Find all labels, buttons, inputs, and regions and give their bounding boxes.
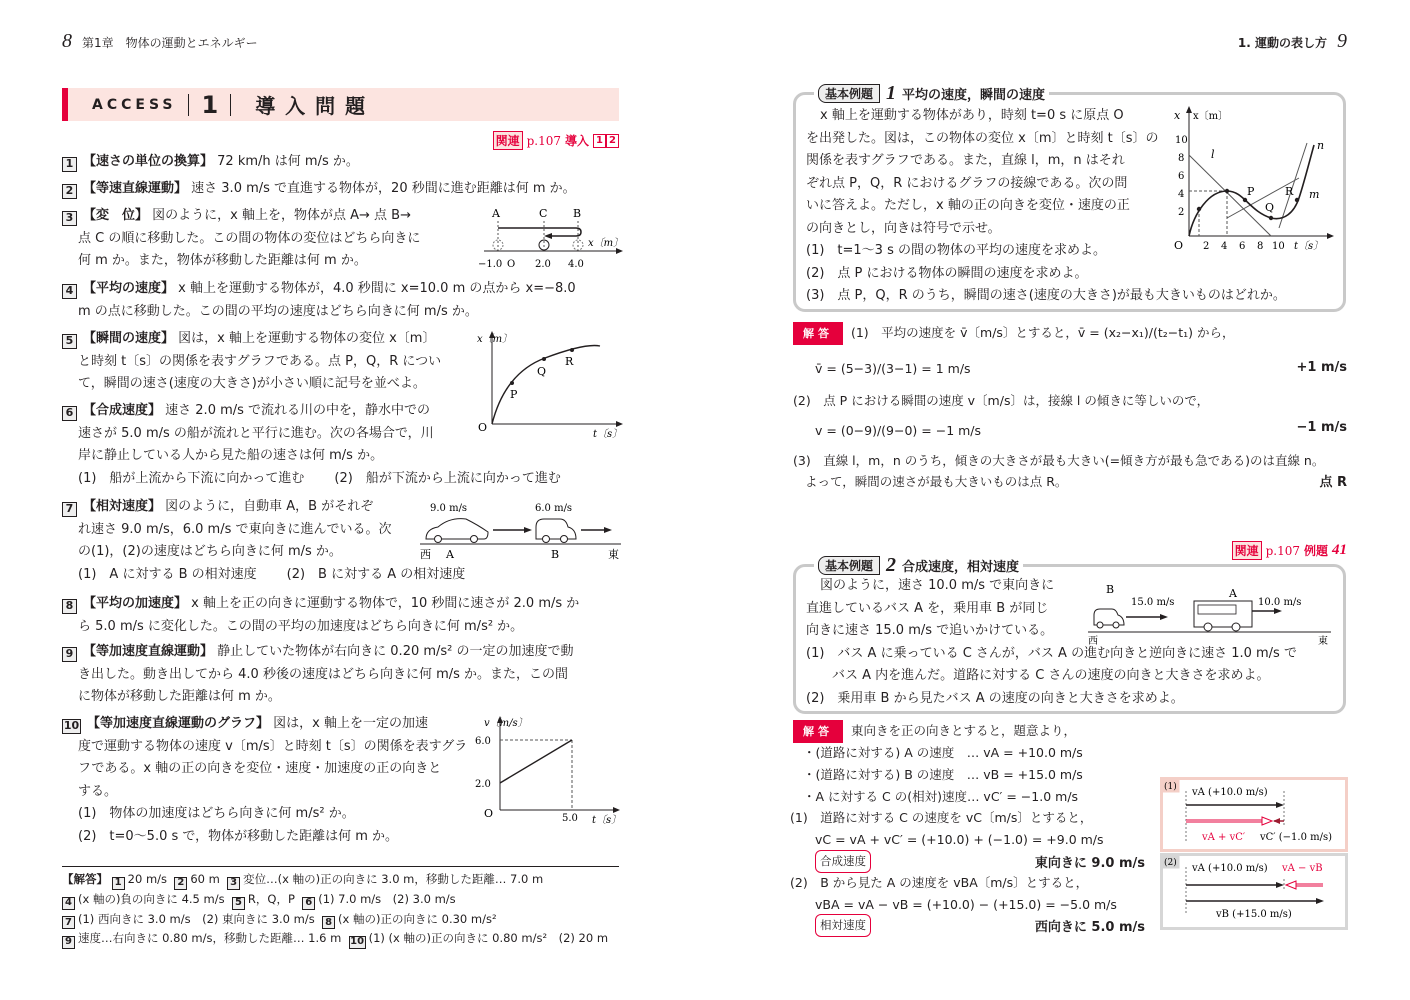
svg-text:東: 東 [1318,634,1328,646]
problem-text: て，瞬間の速さ(速度の大きさ)が小さい順に記号を並べよ。 [62,373,472,396]
answer-text: 60 m [190,872,220,886]
svg-text:vA (+10.0 m/s): vA (+10.0 m/s) [1191,863,1268,874]
problem-text: き出した。動き出してから 4.0 秒後の速度はどちら向きに何 m/s か。また，… [62,664,574,687]
body-text: の向きとし，向きは符号で示せ。 [806,218,1176,241]
page-number: 9 [1337,30,1347,53]
svg-text:4: 4 [1178,189,1184,200]
answer-key: 【解答】 120 m/s 260 m 3変位…(x 軸の)正の向きに 3.0 m… [62,866,619,949]
svg-text:t〔s〕: t〔s〕 [1294,240,1323,252]
svg-text:西: 西 [420,548,431,561]
section-title: 1. 運動の表し方 [1238,34,1327,51]
svg-text:x〔m〕: x〔m〕 [1193,110,1228,122]
answer-text: (1) 7.0 m/s (2) 3.0 m/s [318,892,455,906]
svg-text:O: O [478,421,487,434]
fig5-xt-graph: x〔m〕 P Q R O t〔s〕 [475,328,625,443]
related-tag: 関連 [493,131,523,150]
answer-text: 20 m/s [128,872,167,886]
sub-question: (2) 乗用車 B から見たバス A の速度の向きと大きさを求めよ。 [806,688,1346,711]
problem-9: 9【等加速度直線運動】 静止していた物体が右向きに 0.20 m/s² の一定の… [62,641,574,709]
svg-text:n: n [1317,139,1324,152]
problem-text: 速さ 2.0 m/s で流れる川の中を，静水中での [165,403,430,418]
sub-question: (2) 船が下流から上流に向かって進む [334,471,560,486]
answer-number: 9 [62,936,75,949]
problem-4: 4【平均の速度】 x 軸上を運動する物体が，4.0 秒間に x=10.0 m の… [62,278,576,323]
solution-text: (1) 平均の速度を v̄〔m/s〕とすると，v̄ = (x₂−x₁)/(t₂−… [851,325,1235,340]
svg-text:vC′ (−1.0 m/s): vC′ (−1.0 m/s) [1259,832,1332,843]
problem-1: 1【速さの単位の換算】 72 km/h は何 m/s か。 [62,151,359,174]
answer-text: R，Q，P [248,892,295,906]
svg-text:t〔s〕: t〔s〕 [592,814,621,826]
svg-text:B: B [573,207,581,220]
svg-text:O: O [507,259,515,270]
svg-text:2: 2 [1203,241,1209,252]
sub-question: (1) 物体の加速度はどちら向きに何 m/s² か。 [62,803,472,826]
vector-diagram-1: (1) vA (+10.0 m/s) vA + vC′ vC′ (−1.0 m/… [1160,777,1348,852]
sub-question: バス A 内を進んだ。道路に対する C さんの速度の向きと大きさを求めよ。 [806,665,1346,688]
solution-1: 解答 (1) 平均の速度を v̄〔m/s〕とすると，v̄ = (x₂−x₁)/(… [793,322,1235,345]
problem-text: 72 km/h は何 m/s か。 [217,154,359,169]
bullet: ・(道路に対する) A の速度 … vA = +10.0 m/s [803,742,1083,763]
body-text: ぞれ点 P，Q，R におけるグラフの接線である。次の問 [806,173,1176,196]
svg-text:vA − vB: vA − vB [1281,863,1323,874]
sub-question: (2) 点 P における物体の瞬間の速度を求めよ。 [806,263,1176,286]
solution-equation: vC = vA + vC′ = (+10.0) + (−1.0) = +9.0 … [815,829,1104,850]
svg-text:(2): (2) [1164,857,1177,868]
problem-2: 2【等速直線運動】 速さ 3.0 m/s で直進する物体が，20 秒間に進む距離… [62,178,576,201]
svg-text:O: O [1174,239,1183,252]
svg-text:6.0: 6.0 [475,736,491,747]
solution-text: (2) 点 P における瞬間の速度 v〔m/s〕は，接線 l の傾きに等しいので… [793,390,1209,411]
problem-text: 図は，x 軸上を運動する物体の変位 x〔m〕 [178,331,435,346]
divider [230,94,231,116]
solution-equation: vBA = vA − vB = (+10.0) − (+15.0) = −5.0… [815,894,1117,915]
sub-question: (1) 船が上流から下流に向かって進む [78,471,304,486]
svg-text:2: 2 [1178,207,1184,218]
svg-text:8: 8 [1178,153,1184,164]
answer-text: (x 軸の)正の向きに 0.30 m/s² [338,912,497,926]
problem-title: 【瞬間の速度】 [83,331,174,346]
svg-text:6: 6 [1178,171,1184,182]
solution-text: よって，瞬間の速さが最も大きいものは点 R。 [805,471,1067,492]
svg-text:Q: Q [537,365,546,378]
solution-text: (2) B から見た A の速度を vBA〔m/s〕とすると， [790,872,1088,893]
example-title: 平均の速度，瞬間の速度 [902,84,1045,103]
problem-number: 3 [62,211,77,226]
svg-text:t〔s〕: t〔s〕 [593,428,622,440]
problem-text: ら 5.0 m/s に変化した。この間の平均の加速度はどちら向きに何 m/s² … [62,616,579,639]
related-tag: 関連 [1232,541,1262,560]
solution-2: 解答 東向きを正の向きとすると，題意より， [793,720,1076,743]
answer-composite: 東向きに 9.0 m/s [1035,852,1145,871]
problem-title: 【合成速度】 [83,403,161,418]
svg-text:R: R [1285,185,1294,198]
svg-text:vA (+10.0 m/s): vA (+10.0 m/s) [1191,787,1268,798]
answer-number: 5 [232,897,245,910]
example-number: 2 [886,554,896,577]
example-badge: 基本例題 [818,84,880,103]
svg-text:x〔m〕: x〔m〕 [588,237,623,249]
svg-text:P: P [1247,185,1255,198]
related-page: p.107 [527,134,561,148]
svg-text:2.0: 2.0 [475,779,491,790]
problem-text: と時刻 t〔s〕の関係を表すグラフである。点 P，Q，R につい [62,351,472,374]
fig10-vt-graph: v〔m/s〕 6.0 2.0 O 5.0 t〔s〕 [472,713,627,828]
problem-title: 【等加速度直線運動】 [83,644,213,659]
svg-text:−1.0: −1.0 [478,259,502,270]
solution-text: 東向きを正の向きとすると，題意より， [851,723,1076,738]
svg-text:A: A [445,548,455,561]
problem-number: 5 [62,334,77,349]
svg-text:x: x [1174,109,1181,122]
solution-text: (1) 道路に対する C の速度を vC〔m/s〕とすると， [790,807,1092,828]
answer-number: 1 [112,877,125,890]
bullet: ・(道路に対する) B の速度 … vB = +15.0 m/s [803,764,1083,785]
problem-text: 図のように，x 軸上を，物体が点 A→ 点 B→ [152,208,411,223]
problem-text: 速さ 3.0 m/s で直進する物体が，20 秒間に進む距離は何 m か。 [191,181,576,196]
svg-text:西: 西 [1088,635,1098,646]
example-2-vehicles-diagram: B 15.0 m/s A 10.0 m/s 西 東 [1086,581,1336,646]
solution-label: 解答 [793,322,843,345]
left-page: 8 第1章 物体の運動とエネルギー ACCESS 1 導入問題 関連 p.107… [0,0,705,1000]
svg-text:6.0 m/s: 6.0 m/s [535,503,572,514]
problem-title: 【等加速度直線運動のグラフ】 [87,716,269,731]
example-1-header: 基本例題 1 平均の速度，瞬間の速度 [814,82,1049,105]
answer-number: 6 [302,897,315,910]
svg-text:R: R [565,355,574,368]
svg-text:m: m [1309,188,1319,201]
svg-text:B: B [1106,583,1114,596]
problem-number: 1 [62,157,77,172]
problem-title: 【変 位】 [83,208,148,223]
solution-label: 解答 [793,720,843,743]
example-badge: 基本例題 [818,556,880,575]
problem-text: x 軸上を運動する物体が，4.0 秒間に x=10.0 m の点から x=−8.… [178,281,576,296]
banner-label: ACCESS [92,97,176,113]
divider [188,94,189,116]
answer-number: 4 [62,897,75,910]
answer-text: (x 軸の)負の向きに 4.5 m/s [78,892,225,906]
vector-diagram-2: (2) vA (+10.0 m/s) vA − vB vB (+15.0 m/s… [1160,853,1348,930]
example-number: 1 [886,82,896,105]
sub-question: (2) t=0〜5.0 s で，物体が移動した距離は何 m か。 [62,826,472,849]
problem-title: 【相対速度】 [83,499,161,514]
svg-text:(1): (1) [1164,781,1177,792]
problem-text: に物体が移動した距離は何 m か。 [62,686,574,709]
fig3-displacement-diagram: A C B x〔m〕 −1.0 O 2.0 4.0 [478,205,628,273]
problem-text: れ速さ 9.0 m/s，6.0 m/s で東向きに進んでいる。次 [62,519,422,542]
problem-text: 速さが 5.0 m/s の船が流れと平行に進む。次の各場合で，川 [62,423,472,446]
svg-text:v〔m/s〕: v〔m/s〕 [484,717,528,729]
bullet: ・A に対する C の(相対)速度… vC′ = −1.0 m/s [803,786,1078,807]
svg-text:6: 6 [1239,241,1245,252]
svg-text:15.0 m/s: 15.0 m/s [1131,597,1174,608]
problem-number: 2 [62,184,77,199]
svg-text:4: 4 [1221,241,1227,252]
related-page: p.107 [1266,544,1300,558]
solution-equation: v = (0−9)/(9−0) = −1 m/s [815,420,981,441]
answer-number: 7 [62,916,75,929]
problem-text: 点 C の順に移動した。この間の物体の変位はどちら向きに [62,228,472,251]
problem-number: 4 [62,284,77,299]
problem-title: 【平均の速度】 [83,281,174,296]
problem-number: 6 [62,406,77,421]
answer-number: 2 [174,877,187,890]
problem-6: 6【合成速度】 速さ 2.0 m/s で流れる川の中を，静水中での 速さが 5.… [62,400,472,490]
example-title: 合成速度，相対速度 [902,556,1019,575]
svg-text:A: A [1228,587,1238,600]
problem-5: 5【瞬間の速度】 図は，x 軸上を運動する物体の変位 x〔m〕 と時刻 t〔s〕… [62,328,472,396]
svg-text:C: C [539,207,547,220]
example-2-box: 基本例題 2 合成速度，相対速度 図のように，速さ 10.0 m/s で東向きに… [793,564,1346,714]
problem-10: 10【等加速度直線運動のグラフ】 図は，x 軸上を一定の加速 度で運動する物体の… [62,713,472,848]
problem-text: フである。x 軸の正の向きを変位・速度・加速度の正の向きと [62,758,472,781]
problem-text: 図のように，自動車 A，B がそれぞ [165,499,373,514]
body-text: x 軸上を運動する物体があり，時刻 t=0 s に原点 O [806,105,1176,128]
answer-text: (1) 西向きに 3.0 m/s (2) 東向きに 3.0 m/s [78,912,315,926]
answer-3: 点 R [1319,471,1347,490]
sub-question: (1) A に対する B の相対速度 [78,567,257,582]
problem-text: 図は，x 軸上を一定の加速 [273,716,428,731]
related-num: 41 [1332,542,1347,559]
problem-number: 7 [62,502,77,517]
answer-text: 変位…(x 軸の)正の向きに 3.0 m，移動した距離… 7.0 m [243,872,543,886]
svg-text:4.0: 4.0 [568,259,584,270]
svg-text:B: B [551,548,559,561]
answer-number: 8 [322,916,335,929]
section-banner: ACCESS 1 導入問題 [62,88,619,121]
svg-text:vB (+15.0 m/s): vB (+15.0 m/s) [1215,909,1292,920]
banner-number: 1 [201,91,218,119]
answer-number: 10 [349,936,366,949]
problem-8: 8【平均の加速度】 x 軸上を正の向きに運動する物体で，10 秒間に速さが 2.… [62,593,579,638]
answer-text: (1) (x 軸の)正の向きに 0.80 m/s² (2) 20 m [369,931,608,945]
answer-label: 【解答】 [62,872,108,886]
answer-relative: 西向きに 5.0 m/s [1035,916,1145,935]
page-header-right: 1. 運動の表し方 9 [1238,30,1347,53]
problem-title: 【等速直線運動】 [83,181,187,196]
sub-question: (1) t=1〜3 s の間の物体の平均の速度を求めよ。 [806,240,1176,263]
page-header: 8 第1章 物体の運動とエネルギー [62,30,258,53]
svg-text:l: l [1211,148,1215,161]
chapter-title: 第1章 物体の運動とエネルギー [82,34,258,51]
answer-1: +1 m/s [1297,360,1348,375]
problem-text: する。 [62,781,472,804]
answer-2: −1 m/s [1297,420,1348,435]
problem-number: 10 [62,719,81,734]
problem-text: の(1)，(2)の速度はどちら向きに何 m/s か。 [62,541,422,564]
svg-text:x〔m〕: x〔m〕 [477,333,512,345]
svg-text:2.0: 2.0 [535,259,551,270]
problem-text: x 軸上を正の向きに運動する物体で，10 秒間に速さが 2.0 m/s か [191,596,579,611]
svg-text:10: 10 [1272,241,1285,252]
svg-text:10: 10 [1175,135,1188,146]
problem-text: 何 m か。また，物体が移動した距離は何 m か。 [62,250,472,273]
svg-text:10.0 m/s: 10.0 m/s [1258,597,1301,608]
svg-text:5.0: 5.0 [562,813,578,824]
example-2-header: 基本例題 2 合成速度，相対速度 [814,554,1023,577]
fig7-cars-diagram: 9.0 m/s 6.0 m/s 西 A B 東 [418,497,623,562]
sub-question: (2) B に対する A の相対速度 [287,567,466,582]
svg-text:P: P [510,388,518,401]
svg-text:vA + vC′: vA + vC′ [1201,832,1246,843]
svg-text:9.0 m/s: 9.0 m/s [430,503,467,514]
related-ref[interactable]: 関連 p.107 導入 12 [493,131,619,150]
ref-box: 2 [606,134,619,148]
solution-text: (3) 直線 l，m，n のうち，傾きの大きさが最も大きい(=傾き方が最も急であ… [793,450,1324,471]
answer-number: 3 [227,877,240,890]
svg-text:O: O [484,807,493,820]
tag-relative-velocity: 相対速度 [815,914,871,937]
sub-question: (3) 点 P，Q，R のうち，瞬間の速さ(速度の大きさ)が最も大きいものはどれ… [806,285,1176,308]
problem-title: 【速さの単位の換算】 [83,154,213,169]
tag-composite-velocity: 合成速度 [815,850,871,873]
related-text: 導入 [565,132,589,149]
example-1-body: x 軸上を運動する物体があり，時刻 t=0 s に原点 O を出発した。図は，こ… [806,105,1176,308]
svg-text:Q: Q [1265,201,1274,214]
answer-text: 速度…右向きに 0.80 m/s，移動した距離… 1.6 m [78,931,341,945]
problem-3: 3【変 位】 図のように，x 軸上を，物体が点 A→ 点 B→ 点 C の順に移… [62,205,472,273]
related-ref-2[interactable]: 関連 p.107 例題 41 [1232,541,1347,560]
problem-text: 度で運動する物体の速度 v〔m/s〕と時刻 t〔s〕の関係を表すグラ [62,736,472,759]
svg-text:東: 東 [608,548,619,561]
svg-text:8: 8 [1257,241,1263,252]
body-text: を出発した。図は，この物体の変位 x〔m〕と時刻 t〔s〕の [806,128,1176,151]
body-text: いに答えよ。ただし，x 軸の正の向きを変位・速度の正 [806,195,1176,218]
problem-number: 9 [62,647,77,662]
problem-title: 【平均の加速度】 [83,596,187,611]
problem-text: 岸に静止している人から見た船の速さは何 m/s か。 [62,445,472,468]
problem-text: 静止していた物体が右向きに 0.20 m/s² の一定の加速度で動 [217,644,573,659]
solution-equation: v̄ = (5−3)/(3−1) = 1 m/s [815,358,971,379]
page-number: 8 [62,30,72,53]
problem-number: 8 [62,599,77,614]
example-1-xt-graph: x x〔m〕 10 8 6 4 2 O 2 4 6 8 10 t〔s〕 l m … [1169,103,1339,255]
example-1-box: 基本例題 1 平均の速度，瞬間の速度 x 軸上を運動する物体があり，時刻 t=0… [793,92,1346,312]
banner-title: 導入問題 [255,90,375,119]
svg-text:A: A [491,207,501,220]
problem-7: 7【相対速度】 図のように，自動車 A，B がそれぞ れ速さ 9.0 m/s，6… [62,496,422,586]
problem-text: m の点に移動した。この間の平均の速度はどちら向きに何 m/s か。 [62,301,576,324]
ref-box: 1 [593,134,606,148]
related-text: 例題 [1304,542,1328,559]
body-text: 関係を表すグラフである。また，直線 l，m，n はそれ [806,150,1176,173]
